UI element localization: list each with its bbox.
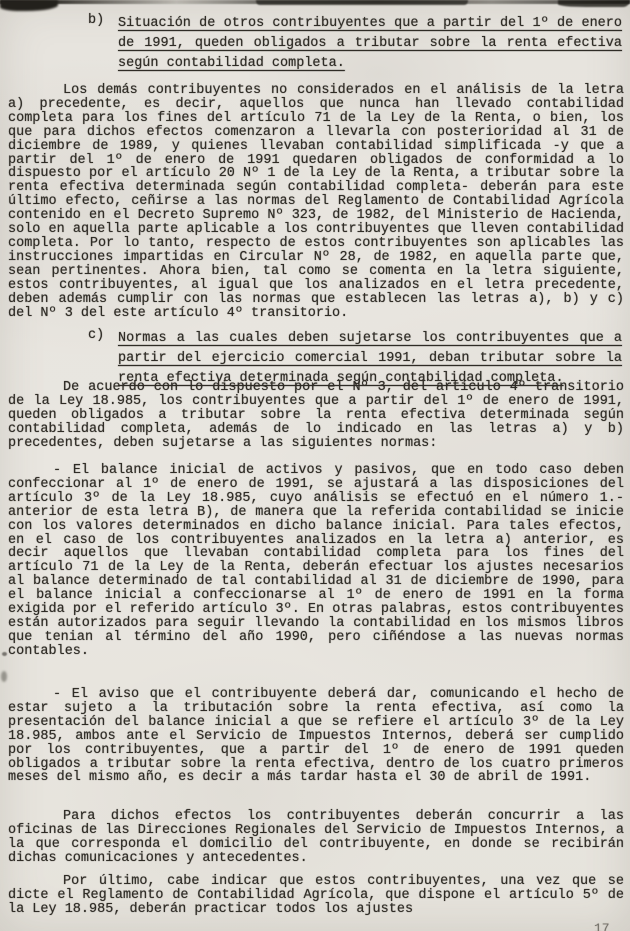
paragraph: De acuerdo con lo dispuesto por el Nº 3,…: [8, 381, 624, 451]
section-heading-b: b) Situación de otros contribuyentes que…: [88, 14, 622, 74]
list-item-dash: - El aviso que el contribuyente deberá d…: [8, 688, 624, 785]
paragraph: Para dichos efectos los contribuyentes d…: [8, 810, 624, 866]
scan-mark-left-edge: [2, 652, 7, 656]
paragraph: Por último, cabe indicar que estos contr…: [8, 875, 624, 917]
heading-label: b): [88, 14, 118, 74]
scan-smudge-top: [0, 0, 630, 4]
scan-smudge-top-left: [0, 0, 58, 11]
scanned-document-page: b) Situación de otros contribuyentes que…: [0, 0, 630, 931]
scan-smudge-top-middle: [256, 0, 468, 5]
page-number: 17: [594, 921, 610, 931]
heading-text: Situación de otros contribuyentes que a …: [118, 14, 622, 74]
paragraph: Los demás contribuyentes no considerados…: [8, 84, 624, 320]
scan-mark-left-edge: [1, 671, 7, 682]
list-item-dash: - El balance inicial de activos y pasivo…: [8, 464, 624, 659]
scan-smudge-top-right: [558, 0, 630, 7]
